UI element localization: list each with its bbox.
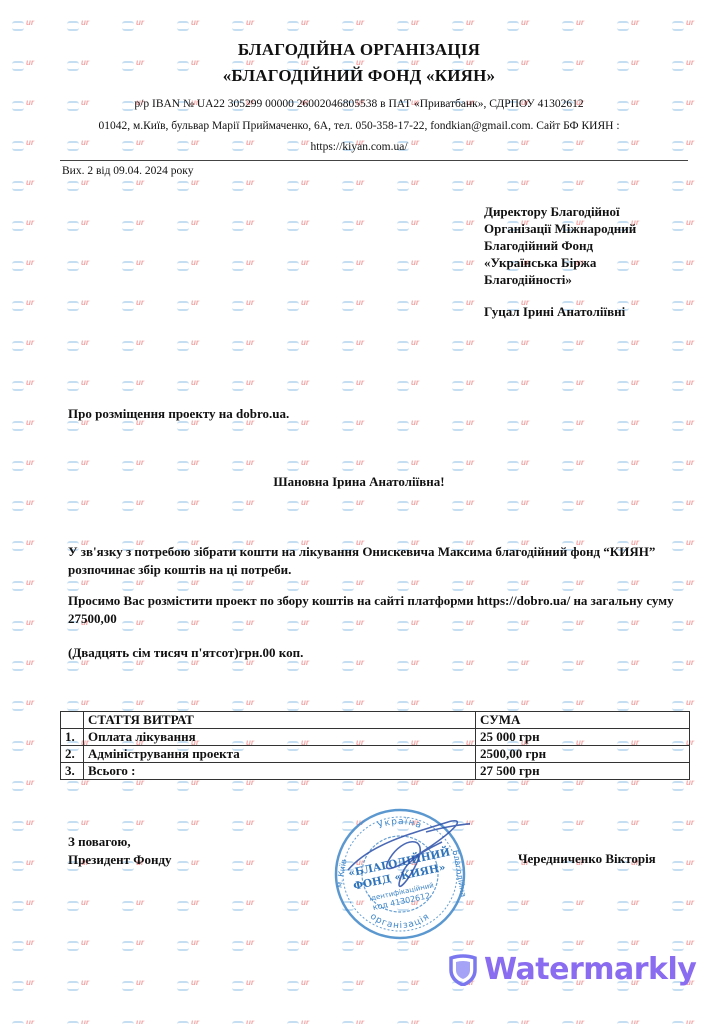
official-stamp: Україна організація м. Київ Благодійна «… [330,804,470,944]
row-amount: 27 500 грн [476,763,690,780]
table-header-row: СТАТТЯ ВИТРАТ СУМА [61,712,690,729]
row-num: 1. [61,729,84,746]
svg-text:Благодійна: Благодійна [451,849,468,898]
shield-icon [448,954,478,986]
svg-text:організація: організація [368,912,432,931]
website-link[interactable]: https://kiyan.com.ua/ [0,141,718,153]
org-name-title: «БЛАГОДІЙНИЙ ФОНД «КИЯН» [0,66,718,86]
address-contacts: 01042, м.Київ, бульвар Марії Приймаченко… [0,120,718,132]
table-row: 3. Всього : 27 500 грн [61,763,690,780]
addressee-line: Директору Благодійної [484,203,684,220]
row-item: Всього : [84,763,476,780]
outgoing-reference: Вих. 2 від 09.04. 2024 року [62,165,193,177]
watermarkly-brand: Watermarkly [448,952,696,987]
row-item: Оплата лікування [84,729,476,746]
addressee-line: «Українська Біржа [484,254,684,271]
letter-subject: Про розміщення проекту на dobro.ua. [68,406,289,422]
table-row: 1. Оплата лікування 25 000 грн [61,729,690,746]
addressee-line: Благодійний Фонд [484,237,684,254]
header-num [61,712,84,729]
header-amount: СУМА [476,712,690,729]
addressee-line: Благодійності» [484,271,684,288]
addressee-line: Організації Міжнародний [484,220,684,237]
row-amount: 2500,00 грн [476,746,690,763]
row-num: 2. [61,746,84,763]
addressee-block: Директору Благодійної Організації Міжнар… [484,203,684,288]
org-type-title: БЛАГОДІЙНА ОРГАНІЗАЦІЯ [0,40,718,60]
row-num: 3. [61,763,84,780]
greeting: Шановна Ірина Анатоліївна! [0,474,718,490]
row-amount: 25 000 грн [476,729,690,746]
brand-label: Watermarkly [484,952,696,987]
table-row: 2. Адміністрування проекта 2500,00 грн [61,746,690,763]
closing-block: З повагою, Президент Фонду [68,833,172,869]
header-item: СТАТТЯ ВИТРАТ [84,712,476,729]
letter-page: БЛАГОДІЙНА ОРГАНІЗАЦІЯ «БЛАГОДІЙНИЙ ФОНД… [0,0,718,1024]
addressee-name: Гуцал Ірині Анатоліївні [484,304,625,320]
body-paragraph-1: У зв'язку з потребою зібрати кошти на лі… [68,543,698,579]
header-divider [60,160,688,161]
costs-table: СТАТТЯ ВИТРАТ СУМА 1. Оплата лікування 2… [60,711,690,780]
body-paragraph-3: (Двадцять сім тисяч п'ятсот)грн.00 коп. [68,644,698,662]
regards-text: З повагою, [68,833,172,851]
signer-name: Чередниченко Вікторія [518,851,656,867]
signer-position: Президент Фонду [68,851,172,869]
row-item: Адміністрування проекта [84,746,476,763]
bank-details: р/р IBAN № UA22 305299 00000 26002046805… [0,98,718,110]
body-paragraph-2: Просимо Вас розмістити проект по збору к… [68,592,698,628]
